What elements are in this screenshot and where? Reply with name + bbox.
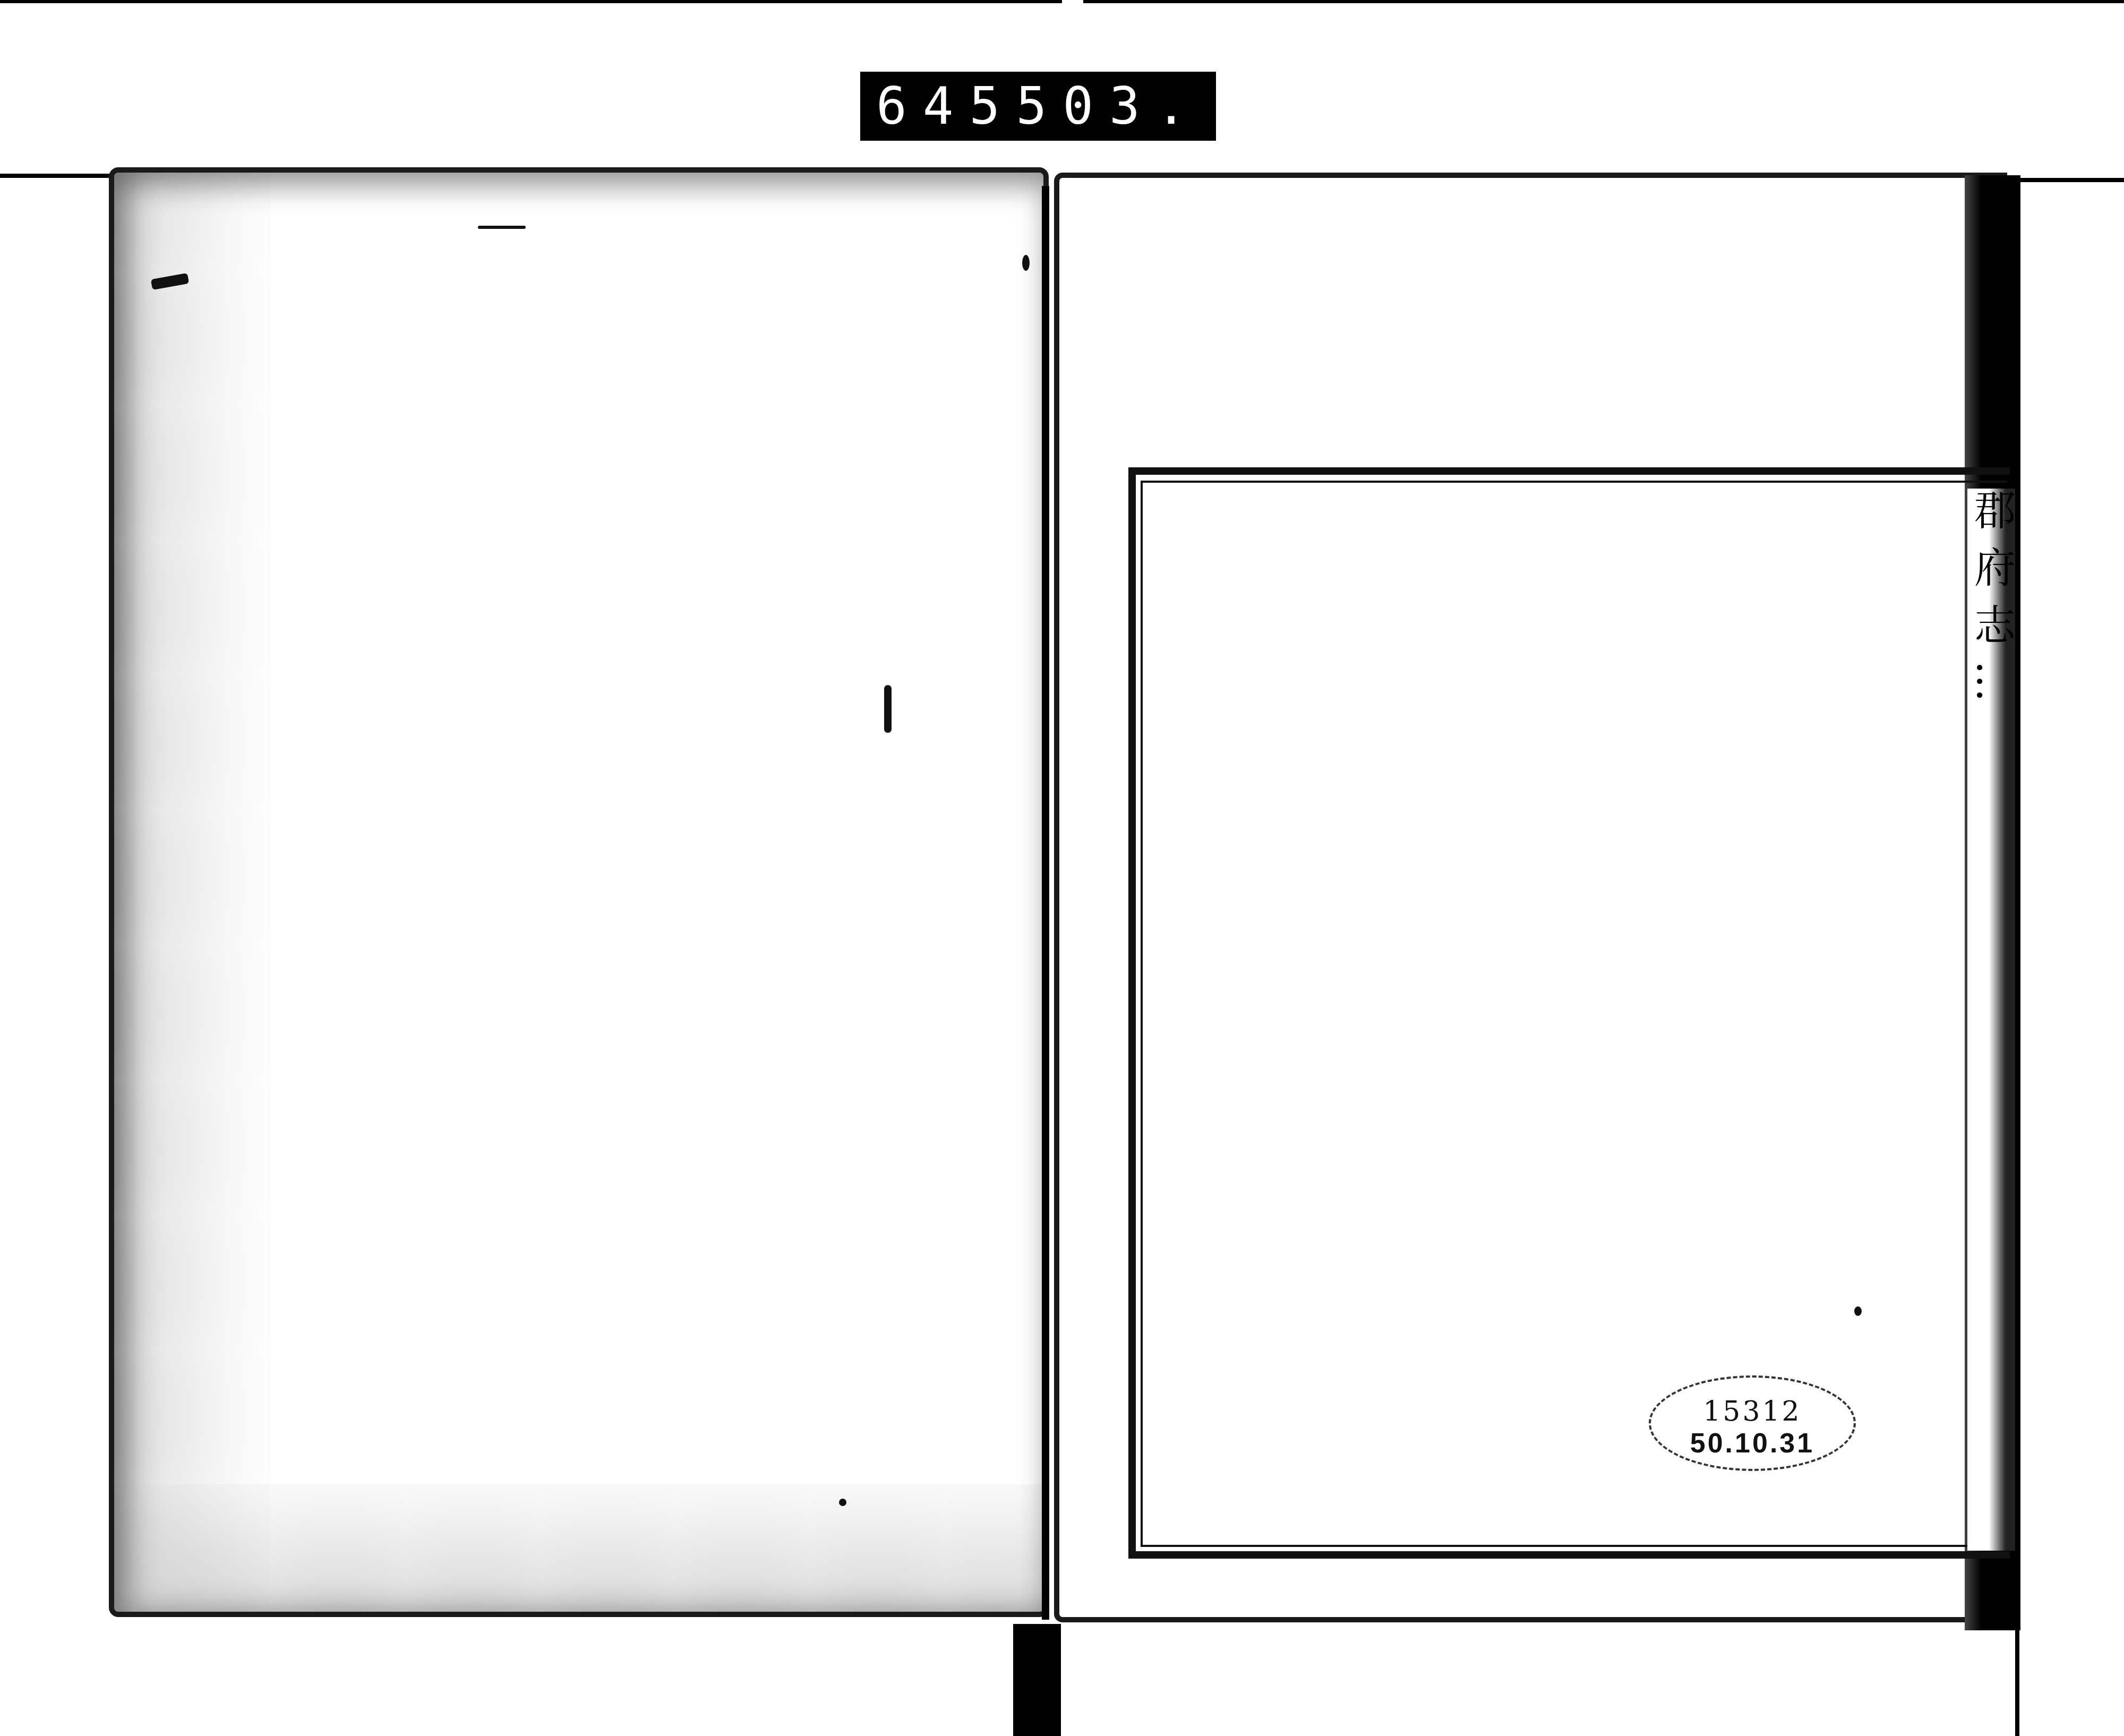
frame-counter: 645 503. — [860, 72, 1216, 141]
stamp-date-code: 50.10.31 — [1690, 1427, 1814, 1459]
scan-border-top-left — [0, 0, 1062, 3]
stamp-accession-number: 15312 — [1703, 1396, 1801, 1427]
book-gutter-shadow — [1013, 1624, 1061, 1736]
spine-char-1: 郡 — [1971, 489, 2012, 530]
frame-counter-right: 503. — [1016, 76, 1202, 136]
ink-mark — [884, 685, 892, 733]
title-frame-inner — [1141, 481, 2007, 1547]
ink-spot — [1022, 255, 1030, 271]
spine-title: 郡 府 志 … — [1967, 489, 2015, 1551]
spine-char-4: … — [1971, 661, 2012, 702]
scan-edge-line-left — [0, 174, 112, 178]
spine-char-3: 志 — [1971, 603, 2012, 645]
library-stamp: 15312 50.10.31 — [1649, 1375, 1856, 1471]
frame-counter-left: 645 — [876, 76, 1016, 136]
ink-spot — [839, 1499, 846, 1506]
paper-mark — [478, 226, 526, 229]
book-gutter — [1042, 186, 1049, 1620]
scan-edge-line-right-vertical — [2015, 181, 2019, 1736]
ink-spot — [1854, 1306, 1862, 1316]
scan-edge-line-right — [2012, 178, 2124, 182]
left-page — [109, 167, 1049, 1617]
spine-char-2: 府 — [1971, 546, 2012, 587]
scan-border-top-right — [1083, 0, 2124, 3]
